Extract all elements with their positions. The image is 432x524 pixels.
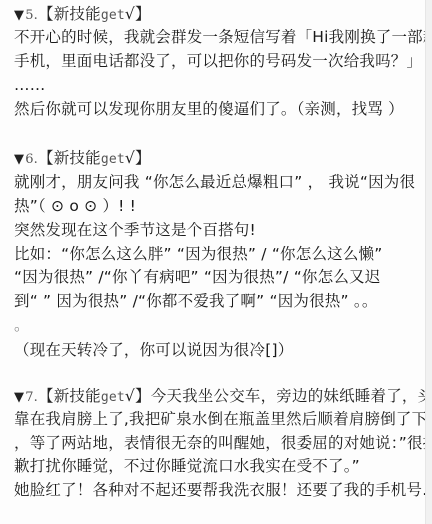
section-number: 5.: [25, 8, 38, 23]
triangle-down-icon: ▼: [14, 8, 24, 23]
paragraph-line: 到“ ” 因为很热” /“你都不爱我了啊” “因为很热” 。。: [14, 291, 378, 311]
paragraph-line: 手机，里面电话都没了，可以把你的号码发一次给我吗？」: [14, 51, 422, 71]
article-body: ▼5.【新技能get√】 不开心的时候，我就会群发一条短信写着「Hi我刚换了一部…: [0, 0, 426, 524]
tag-close: √】: [125, 387, 151, 405]
section-number: 6.: [25, 152, 38, 167]
triangle-down-icon: ▼: [14, 152, 24, 167]
paragraph-line: 。: [14, 315, 30, 335]
paragraph-line: 突然发现在这个季节这是个百搭句!: [14, 220, 256, 240]
paragraph-line: 热”（ ⊙ o ⊙ ）! !: [14, 196, 136, 216]
tag-open: 【新技能: [38, 387, 101, 405]
paragraph-line: 她脸红了！各种对不起还要帮我洗衣服！还要了我的手机号...: [14, 480, 432, 500]
paragraph-line: （现在天转冷了，你可以说因为很冷[]）: [14, 340, 293, 360]
paragraph-line: 比如：“你怎么这么胖” “因为很热” / “你怎么这么懒”: [14, 244, 383, 264]
section-number: 7.: [25, 390, 38, 405]
heading-suffix: 今天我坐公交车，旁边的妹纸睡着了，头: [151, 387, 432, 405]
triangle-down-icon: ▼: [14, 390, 24, 405]
paragraph-line: 不开心的时候，我就会群发一条短信写着「Hi我刚换了一部新: [14, 27, 432, 47]
tag-get: get: [101, 152, 125, 167]
paragraph-line: “因为很热” /“你丫有病吧” “因为很热”/ “你怎么又迟: [14, 267, 380, 287]
paragraph-line: ，等了两站地，表情很无奈的叫醒她，很委屈的对她说：”很抱: [14, 433, 432, 453]
paragraph-line: 靠在我肩膀上了,我把矿泉水倒在瓶盖里然后顺着肩膀倒了下去: [14, 409, 432, 429]
section-5-heading: ▼5.【新技能get√】: [14, 4, 151, 26]
tag-open: 【新技能: [38, 149, 101, 167]
tag-open: 【新技能: [38, 5, 101, 23]
tag-close: √】: [125, 149, 151, 167]
tag-get: get: [101, 8, 125, 23]
section-7-heading: ▼7.【新技能get√】今天我坐公交车，旁边的妹纸睡着了，头: [14, 386, 432, 408]
paragraph-line: 歉打扰你睡觉，不过你睡觉流口水我实在受不了。”: [14, 456, 360, 476]
paragraph-line: ……: [14, 75, 45, 95]
paragraph-line: 然后你就可以发现你朋友里的傻逼们了。（亲测，找骂 ）: [14, 99, 404, 119]
section-6-heading: ▼6.【新技能get√】: [14, 148, 151, 170]
tag-get: get: [101, 390, 125, 405]
tag-close: √】: [125, 5, 151, 23]
scrollbar-track[interactable]: [425, 0, 432, 524]
paragraph-line: 就刚才，朋友问我 “你怎么最近总爆粗口” ， 我说“因为很: [14, 172, 415, 192]
